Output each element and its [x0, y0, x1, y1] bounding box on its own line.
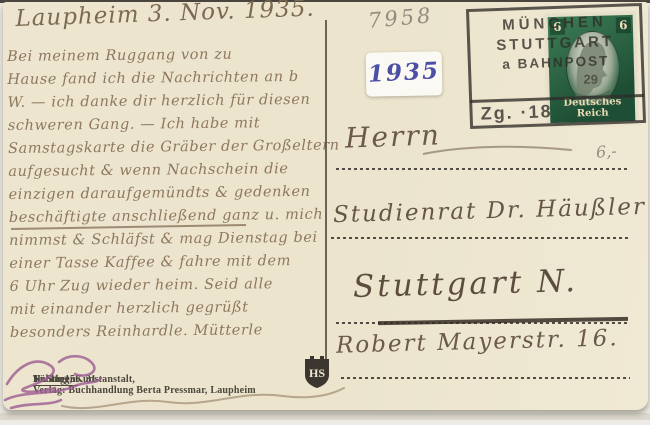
postcard-scan: Laupheim 3. Nov. 1935. Bei meinem Ruggan…	[0, 0, 650, 425]
postmark-city-2: STUTTGART	[470, 32, 640, 55]
message-line: einer Tasse Kaffee & fahre mit dem	[9, 249, 343, 275]
salutation-flourish-stroke	[423, 142, 573, 156]
pencil-catalog-number: 7958	[367, 3, 434, 33]
postmark-city-1: MÜNCHEN	[469, 12, 639, 35]
ink-flourish-stroke	[58, 384, 348, 414]
message-line: Bei meinem Ruggang von zu	[7, 43, 341, 69]
pencil-price-note: 6,-	[595, 141, 617, 161]
address-rule-1	[336, 168, 630, 170]
postmark-train-number: Zg. ·18	[480, 101, 553, 125]
publisher-monogram: HS	[309, 366, 325, 380]
postmark-date: 29	[583, 72, 598, 87]
message-line: mit einander herzlich gegrüßt	[10, 295, 344, 321]
message-line: W. — ich danke dir herzlich für diesen	[7, 88, 341, 114]
address-city: Stuttgart N.	[353, 263, 579, 305]
postmark-divider	[470, 94, 644, 103]
railway-postmark: MÜNCHEN STUTTGART a BAHNPOST 29 Zg. ·18	[466, 3, 646, 129]
address-name: Studienrat Dr. Häußler	[333, 194, 647, 228]
scan-edge-bottom-light	[0, 420, 650, 425]
address-street: Robert Mayerstr. 16.	[336, 325, 619, 358]
year-sticker-text: 1935	[365, 57, 442, 88]
handwritten-message: Bei meinem Ruggang von zu Hause fand ich…	[7, 43, 344, 345]
postcard-back: Laupheim 3. Nov. 1935. Bei meinem Ruggan…	[3, 2, 648, 410]
message-line: besonders Reinhardle. Mütterle	[10, 318, 344, 344]
address-rule-4	[341, 377, 630, 379]
postmark-bahnpost: a BAHNPOST	[471, 52, 641, 73]
message-line: Samstagskarte die Gräber der Großeltern	[8, 134, 342, 160]
address-rule-2	[331, 237, 630, 239]
message-line: nimmst & Schläfst & mag Dienstag bei	[9, 226, 343, 252]
message-line: 6 Uhr Zug wieder heim. Seid alle	[9, 272, 343, 298]
address-divider-line	[325, 20, 327, 370]
handwritten-dateline: Laupheim 3. Nov. 1935.	[15, 0, 315, 32]
year-sticker-label: 1935	[366, 51, 443, 96]
